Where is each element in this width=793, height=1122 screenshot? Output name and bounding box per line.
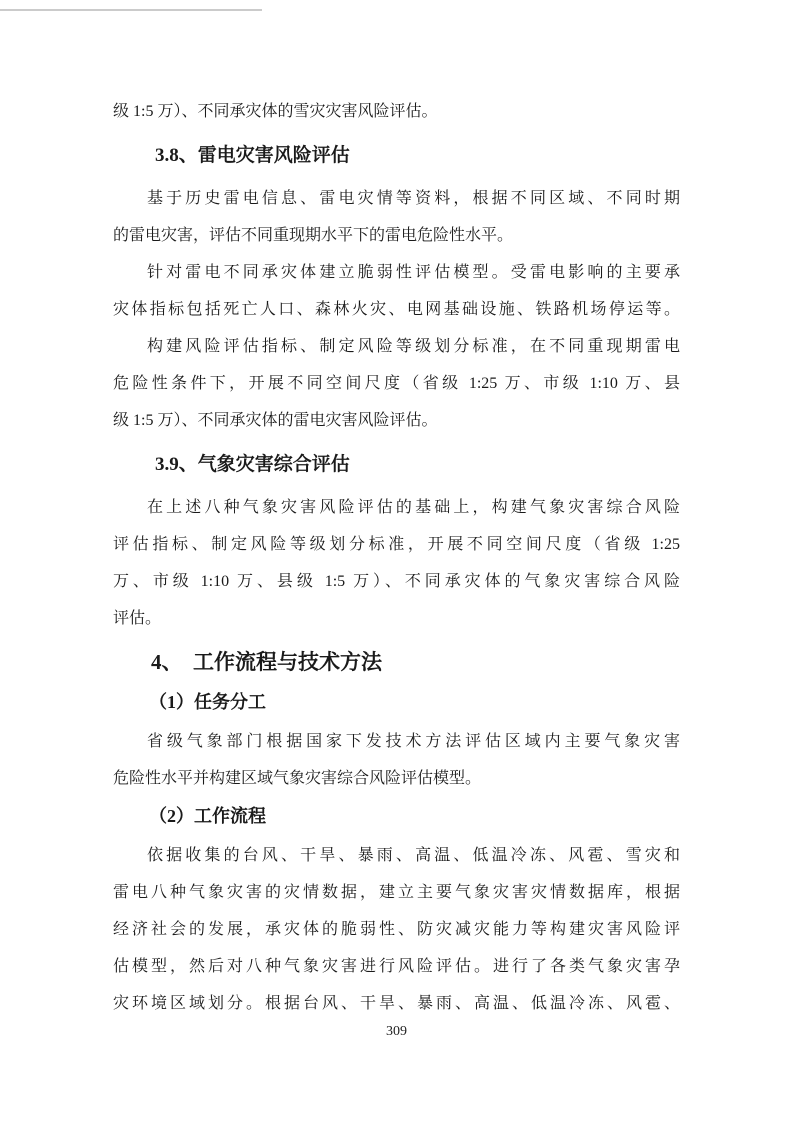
text-line: 评估指标、制定风险等级划分标准，开展不同空间尺度（省级 1:25 <box>113 526 680 563</box>
text-line: 灾体指标包括死亡人口、森林火灾、电网基础设施、铁路机场停运等。 <box>113 291 680 328</box>
section-heading: 3.8、雷电灾害风险评估 <box>113 136 680 176</box>
text-line: 基于历史雷电信息、雷电灾情等资料，根据不同区域、不同时期 <box>113 180 680 217</box>
text-line: 经济社会的发展，承灾体的脆弱性、防灾减灾能力等构建灾害风险评 <box>113 911 680 948</box>
paragraph: 针对雷电不同承灾体建立脆弱性评估模型。受雷电影响的主要承灾体指标包括死亡人口、森… <box>113 254 680 328</box>
paragraph: 依据收集的台风、干旱、暴雨、高温、低温冷冻、风雹、雪灾和雷电八种气象灾害的灾情数… <box>113 837 680 1022</box>
text-line: 危险性水平并构建区域气象灾害综合风险评估模型。 <box>113 760 680 797</box>
text-line: 估模型，然后对八种气象灾害进行风险评估。进行了各类气象灾害孕 <box>113 948 680 985</box>
paragraph: 基于历史雷电信息、雷电灾情等资料，根据不同区域、不同时期的雷电灾害，评估不同重现… <box>113 180 680 254</box>
page-number: 309 <box>0 1022 793 1042</box>
section-heading: 3.9、气象灾害综合评估 <box>113 445 680 485</box>
text-line: 在上述八种气象灾害风险评估的基础上，构建气象灾害综合风险 <box>113 489 680 526</box>
section-heading: 4、 工作流程与技术方法 <box>113 641 680 683</box>
document-page: 级 1:5 万）、不同承灾体的雪灾灾害风险评估。3.8、雷电灾害风险评估基于历史… <box>0 0 793 1122</box>
text-line: 省级气象部门根据国家下发技术方法评估区域内主要气象灾害 <box>113 723 680 760</box>
text-line: 的雷电灾害，评估不同重现期水平下的雷电危险性水平。 <box>113 217 680 254</box>
text-line: 雷电八种气象灾害的灾情数据，建立主要气象灾害灾情数据库，根据 <box>113 874 680 911</box>
text-line: 危险性条件下，开展不同空间尺度（省级 1:25 万、市级 1:10 万、县 <box>113 365 680 402</box>
paragraph: 省级气象部门根据国家下发技术方法评估区域内主要气象灾害危险性水平并构建区域气象灾… <box>113 723 680 797</box>
section-heading: （2）工作流程 <box>113 797 680 835</box>
text-line: 级 1:5 万）、不同承灾体的雪灾灾害风险评估。 <box>113 93 680 130</box>
document-content: 级 1:5 万）、不同承灾体的雪灾灾害风险评估。3.8、雷电灾害风险评估基于历史… <box>113 93 680 1022</box>
paragraph: 在上述八种气象灾害风险评估的基础上，构建气象灾害综合风险评估指标、制定风险等级划… <box>113 489 680 637</box>
text-line: 评估。 <box>113 600 680 637</box>
text-line: 万、市级 1:10 万、县级 1:5 万）、不同承灾体的气象灾害综合风险 <box>113 563 680 600</box>
text-line: 针对雷电不同承灾体建立脆弱性评估模型。受雷电影响的主要承 <box>113 254 680 291</box>
section-heading: （1）任务分工 <box>113 683 680 721</box>
text-line: 级 1:5 万）、不同承灾体的雷电灾害风险评估。 <box>113 402 680 439</box>
paragraph: 构建风险评估指标、制定风险等级划分标准，在不同重现期雷电危险性条件下，开展不同空… <box>113 328 680 439</box>
text-line: 构建风险评估指标、制定风险等级划分标准，在不同重现期雷电 <box>113 328 680 365</box>
text-line: 依据收集的台风、干旱、暴雨、高温、低温冷冻、风雹、雪灾和 <box>113 837 680 874</box>
scan-artifact-line <box>0 9 262 11</box>
text-line: 灾环境区域划分。根据台风、干旱、暴雨、高温、低温冷冻、风雹、 <box>113 985 680 1022</box>
paragraph: 级 1:5 万）、不同承灾体的雪灾灾害风险评估。 <box>113 93 680 130</box>
